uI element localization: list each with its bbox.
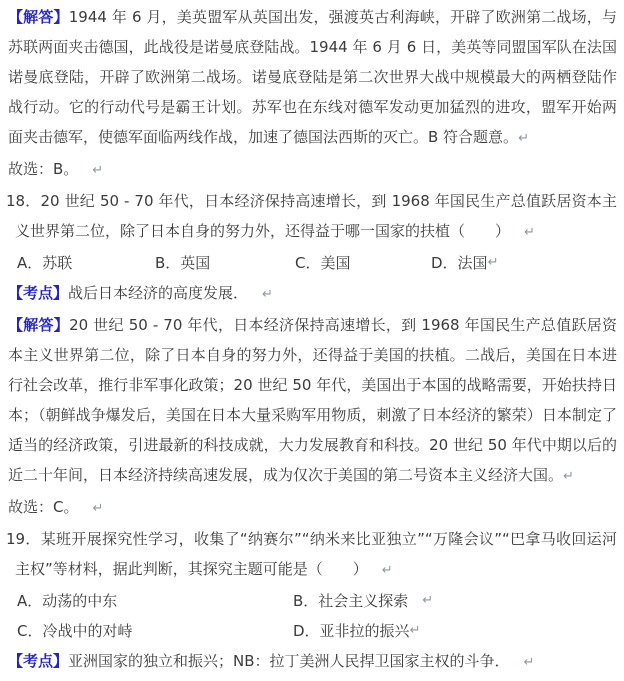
paragraph-mark-icon: ↵ bbox=[524, 655, 535, 670]
answer-tag: 【解答】 bbox=[8, 316, 69, 334]
paragraph-mark-icon: ↵ bbox=[382, 563, 393, 578]
keypoint-paragraph-q18: 【考点】战后日本经济的高度发展．↵ bbox=[8, 278, 617, 310]
paragraph-mark-icon: ↵ bbox=[92, 163, 103, 178]
paragraph-mark-icon: ↵ bbox=[92, 501, 103, 516]
paragraph-mark-icon: ↵ bbox=[524, 225, 535, 240]
question-19: 19．某班开展探究性学习，收集了“纳赛尔”“纳米来比亚独立”“万隆会议”“巴拿马… bbox=[6, 524, 617, 586]
answer-choice-line-q18: 故选：C。↵ bbox=[8, 492, 617, 524]
option-a: A．苏联 bbox=[17, 248, 155, 278]
answer-paragraph-q18: 【解答】20 世纪 50 - 70 年代，日本经济保持高速增长，到 1968 年… bbox=[8, 310, 617, 492]
question-number: 19． bbox=[6, 530, 41, 548]
paragraph-mark-icon: ↵ bbox=[488, 248, 499, 278]
option-c: C．美国 bbox=[295, 248, 431, 278]
paragraph-mark-icon: ↵ bbox=[518, 131, 529, 146]
keypoint-text: 战后日本经济的高度发展． bbox=[68, 284, 248, 302]
keypoint-text: 亚洲国家的独立和振兴；NB：拉丁美洲人民捍卫国家主权的斗争． bbox=[68, 652, 510, 670]
question-number: 18． bbox=[6, 192, 41, 210]
answer-choice-text: 故选：B。 bbox=[8, 160, 78, 178]
options-row-q18: A．苏联 B．英国 C．美国 D．法国 ↵ bbox=[17, 248, 617, 278]
answer-paragraph-q17: 【解答】1944 年 6 月，美英盟军从英国出发，强渡英古利海峡，开辟了欧洲第二… bbox=[8, 2, 617, 154]
paragraph-mark-icon: ↵ bbox=[410, 616, 421, 646]
option-b: B．社会主义探索 bbox=[293, 586, 408, 616]
answer-tag: 【解答】 bbox=[8, 8, 69, 26]
question-18: 18．20 世纪 50 - 70 年代，日本经济保持高速增长，到 1968 年国… bbox=[6, 186, 617, 248]
option-c: C．冷战中的对峙 bbox=[17, 616, 293, 646]
options-row-q19-ab: A．动荡的中东 B．社会主义探索 ↵ bbox=[17, 586, 617, 616]
answer-choice-line-q17: 故选：B。↵ bbox=[8, 154, 617, 186]
paragraph-mark-icon: ↵ bbox=[422, 586, 433, 616]
paragraph-mark-icon: ↵ bbox=[563, 469, 574, 484]
answer-choice-text: 故选：C。 bbox=[8, 498, 78, 516]
answer-text: 1944 年 6 月，美英盟军从英国出发，强渡英古利海峡，开辟了欧洲第二战场，与… bbox=[8, 8, 617, 146]
option-a: A．动荡的中东 bbox=[17, 586, 293, 616]
document-page: 【解答】1944 年 6 月，美英盟军从英国出发，强渡英古利海峡，开辟了欧洲第二… bbox=[0, 0, 624, 678]
keypoint-paragraph-q19: 【考点】亚洲国家的独立和振兴；NB：拉丁美洲人民捍卫国家主权的斗争．↵ bbox=[8, 646, 617, 678]
option-b: B．英国 bbox=[155, 248, 295, 278]
options-row-q19-cd: C．冷战中的对峙 D．亚非拉的振兴 ↵ bbox=[17, 616, 617, 646]
option-d: D．法国 bbox=[431, 248, 488, 278]
keypoint-tag: 【考点】 bbox=[8, 284, 68, 302]
option-d: D．亚非拉的振兴 bbox=[293, 616, 410, 646]
answer-text: 20 世纪 50 - 70 年代，日本经济保持高速增长，到 1968 年国民生产… bbox=[8, 316, 617, 484]
paragraph-mark-icon: ↵ bbox=[262, 287, 273, 302]
keypoint-tag: 【考点】 bbox=[8, 652, 68, 670]
question-text: 某班开展探究性学习，收集了“纳赛尔”“纳米来比亚独立”“万隆会议”“巴拿马收回运… bbox=[15, 530, 617, 578]
